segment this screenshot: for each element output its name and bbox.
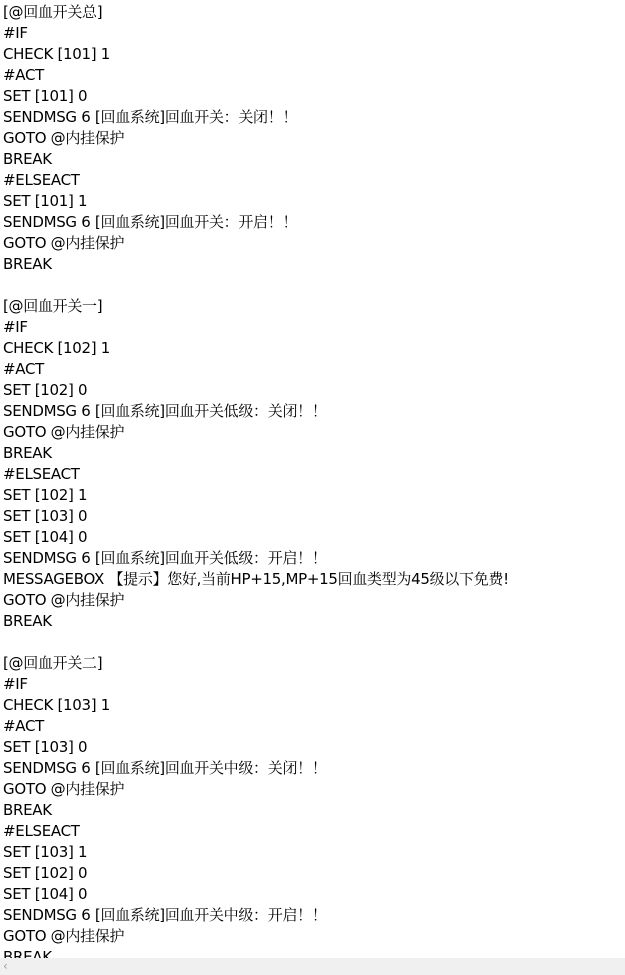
code-line: SENDMSG 6 [回血系统]回血开关：关闭！！ bbox=[3, 107, 297, 128]
code-line: #ELSEACT bbox=[3, 464, 80, 485]
code-line: SENDMSG 6 [回血系统]回血开关中级：关闭！！ bbox=[3, 758, 327, 779]
horizontal-scrollbar[interactable]: ‹ bbox=[0, 958, 625, 975]
code-line: SET [103] 0 bbox=[3, 737, 87, 758]
code-line: CHECK [103] 1 bbox=[3, 695, 110, 716]
code-line: SET [101] 1 bbox=[3, 191, 87, 212]
code-line: GOTO @内挂保护 bbox=[3, 128, 124, 149]
code-line: SENDMSG 6 [回血系统]回血开关低级：开启！！ bbox=[3, 548, 327, 569]
code-line: BREAK bbox=[3, 611, 52, 632]
code-line: BREAK bbox=[3, 443, 52, 464]
code-line: [@回血开关一] bbox=[3, 296, 102, 317]
scroll-left-arrow-icon[interactable]: ‹ bbox=[3, 959, 8, 973]
script-text-area[interactable]: [@回血开关总]#IFCHECK [101] 1#ACTSET [101] 0S… bbox=[0, 0, 625, 958]
code-line: BREAK bbox=[3, 800, 52, 821]
code-line: [@回血开关二] bbox=[3, 653, 102, 674]
code-line: GOTO @内挂保护 bbox=[3, 779, 124, 800]
code-line: SENDMSG 6 [回血系统]回血开关中级：开启！！ bbox=[3, 905, 327, 926]
code-line: SENDMSG 6 [回血系统]回血开关：开启！！ bbox=[3, 212, 297, 233]
code-line: GOTO @内挂保护 bbox=[3, 926, 124, 947]
code-line: SET [102] 0 bbox=[3, 863, 87, 884]
code-line: BREAK bbox=[3, 254, 52, 275]
code-line: #ACT bbox=[3, 716, 44, 737]
code-line: SET [103] 1 bbox=[3, 842, 87, 863]
code-line: #ACT bbox=[3, 65, 44, 86]
code-line: #ELSEACT bbox=[3, 821, 80, 842]
code-line: #ACT bbox=[3, 359, 44, 380]
code-line: CHECK [102] 1 bbox=[3, 338, 110, 359]
code-line: #ELSEACT bbox=[3, 170, 80, 191]
code-line: SET [102] 0 bbox=[3, 380, 87, 401]
code-line: SENDMSG 6 [回血系统]回血开关低级：关闭！！ bbox=[3, 401, 327, 422]
code-line: BREAK bbox=[3, 149, 52, 170]
code-line: GOTO @内挂保护 bbox=[3, 422, 124, 443]
code-line: SET [104] 0 bbox=[3, 884, 87, 905]
code-line: [@回血开关总] bbox=[3, 2, 102, 23]
code-line: #IF bbox=[3, 317, 28, 338]
code-line: CHECK [101] 1 bbox=[3, 44, 110, 65]
code-line: SET [104] 0 bbox=[3, 527, 87, 548]
code-line: #IF bbox=[3, 674, 28, 695]
code-line: SET [103] 0 bbox=[3, 506, 87, 527]
code-line: SET [101] 0 bbox=[3, 86, 87, 107]
code-line: BREAK bbox=[3, 947, 52, 958]
code-line: #IF bbox=[3, 23, 28, 44]
code-line: GOTO @内挂保护 bbox=[3, 233, 124, 254]
code-line: MESSAGEBOX 【提示】您好,当前HP+15,MP+15回血类型为45级以… bbox=[3, 569, 509, 590]
code-line: SET [102] 1 bbox=[3, 485, 87, 506]
code-line: GOTO @内挂保护 bbox=[3, 590, 124, 611]
